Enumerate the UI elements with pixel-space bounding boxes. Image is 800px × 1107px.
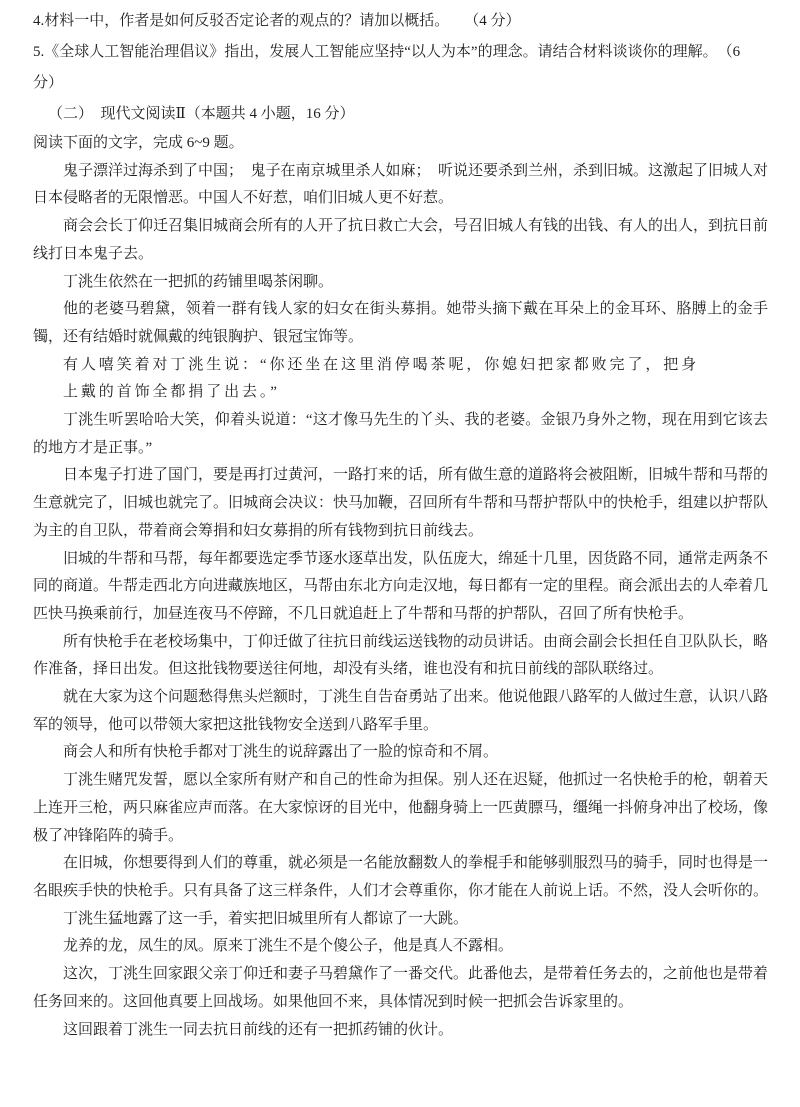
- passage-paragraph: 在旧城，你想要得到人们的尊重，就必须是一名能放翻数人的拳棍手和能够驯服烈马的骑手…: [33, 850, 768, 905]
- question-5-line1: 5.《全球人工智能治理倡议》指出，发展人工智能应坚持“以人为本”的理念。请结合材…: [33, 37, 768, 68]
- passage-paragraph: 商会人和所有快枪手都对丁洮生的说辞露出了一脸的惊奇和不屑。: [33, 739, 768, 767]
- passage-paragraph: 商会会长丁仰迁召集旧城商会所有的人开了抗日救亡大会，号召旧城人有钱的出钱、有人的…: [33, 213, 768, 268]
- passage-paragraph: 他的老婆马碧黛，领着一群有钱人家的妇女在街头募捐。她带头摘下戴在耳朵上的金耳环、…: [33, 296, 768, 351]
- passage-paragraph: 所有快枪手在老校场集中，丁仰迁做了往抗日前线运送钱物的动员讲话。由商会副会长担任…: [33, 629, 768, 684]
- passage-paragraph: 这回跟着丁洮生一同去抗日前线的还有一把抓药铺的伙计。: [33, 1017, 768, 1045]
- question-4: 4.材料一中，作者是如何反驳否定论者的观点的？请加以概括。 （4 分）: [33, 6, 768, 37]
- section-heading: （二） 现代文阅读Ⅱ（本题共 4 小题，16 分）: [33, 99, 768, 130]
- exam-document-page: 4.材料一中，作者是如何反驳否定论者的观点的？请加以概括。 （4 分） 5.《全…: [0, 0, 800, 1107]
- passage-paragraph: 上戴的首饰全都捐了出去。”: [33, 379, 768, 407]
- passage-paragraph: 旧城的牛帮和马帮，每年都要选定季节逐水逐草出发，队伍庞大，绵延十几里，因货路不同…: [33, 546, 768, 629]
- reading-passage: 阅读下面的文字，完成 6~9 题。 鬼子漂洋过海杀到了中国； 鬼子在南京城里杀人…: [33, 130, 768, 1044]
- passage-paragraph: 丁洮生赌咒发誓，愿以全家所有财产和自己的性命为担保。别人还在迟疑，他抓过一名快枪…: [33, 767, 768, 850]
- question-block: 4.材料一中，作者是如何反驳否定论者的观点的？请加以概括。 （4 分） 5.《全…: [33, 6, 768, 130]
- passage-instruction: 阅读下面的文字，完成 6~9 题。: [33, 130, 768, 158]
- passage-paragraph: 丁洮生听罢哈哈大笑，仰着头说道：“这才像马先生的丫头、我的老婆。金银乃身外之物，…: [33, 407, 768, 462]
- passage-paragraph: 丁洮生猛地露了这一手，着实把旧城里所有人都谅了一大跳。: [33, 906, 768, 934]
- passage-paragraph: 就在大家为这个问题愁得焦头烂额时，丁洮生自告奋勇站了出来。他说他跟八路军的人做过…: [33, 684, 768, 739]
- passage-paragraph: 龙养的龙，凤生的凤。原来丁洮生不是个傻公子，他是真人不露相。: [33, 933, 768, 961]
- passage-paragraph: 鬼子漂洋过海杀到了中国； 鬼子在南京城里杀人如麻； 听说还要杀到兰州，杀到旧城。…: [33, 158, 768, 213]
- passage-paragraph: 有人嘻笑着对丁洮生说：“你还坐在这里消停喝茶呢，你媳妇把家都败完了，把身: [33, 352, 768, 380]
- question-5-line2: 分）: [33, 68, 768, 99]
- passage-paragraph: 丁洮生依然在一把抓的药铺里喝茶闲聊。: [33, 269, 768, 297]
- passage-paragraph: 这次，丁洮生回家跟父亲丁仰迁和妻子马碧黛作了一番交代。此番他去，是带着任务去的，…: [33, 961, 768, 1016]
- passage-paragraph: 日本鬼子打进了国门，要是再打过黄河，一路打来的话，所有做生意的道路将会被阻断，旧…: [33, 462, 768, 545]
